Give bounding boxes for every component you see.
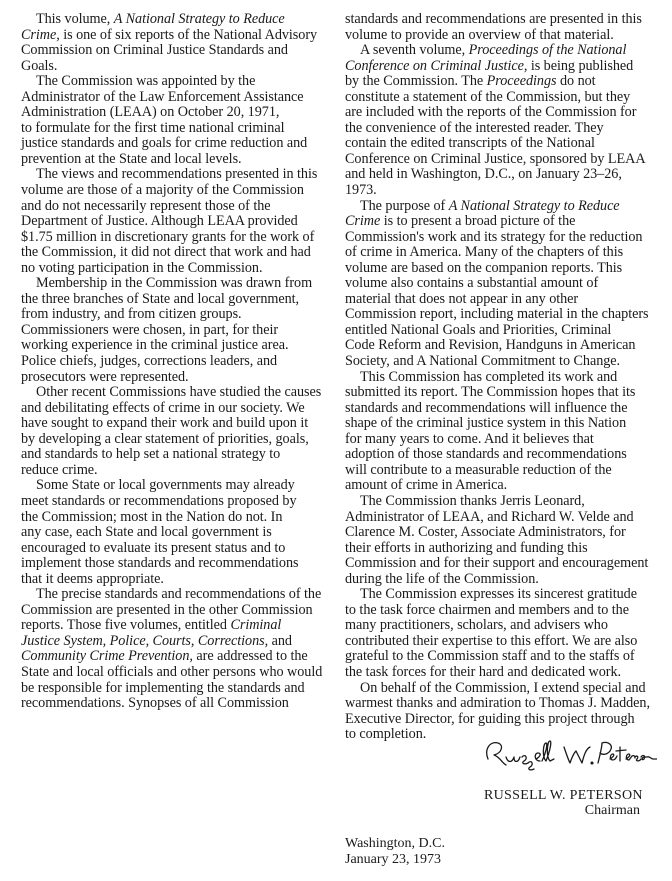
paragraph: The Commission thanks Jerris Leonard, Ad…	[345, 494, 657, 587]
place: Washington, D.C.	[345, 836, 445, 852]
book-title: Community Crime Prevention,	[21, 648, 193, 664]
book-title: A National Strategy to Reduce	[114, 11, 285, 27]
paragraph: This Commission has completed its work a…	[345, 370, 657, 494]
book-title: Crime,	[21, 27, 60, 43]
paragraph-continued: standards and recommendations are presen…	[345, 12, 657, 43]
paragraph: A seventh volume, Proceedings of the Nat…	[345, 43, 657, 198]
book-title: A National Strategy to Reduce	[449, 198, 620, 214]
paragraph: The precise standards and recommendation…	[21, 587, 341, 711]
paragraph: Some State or local governments may alre…	[21, 478, 341, 587]
book-title: Justice System, Police, Courts, Correcti…	[21, 633, 268, 649]
paragraph: On behalf of the Commission, I extend sp…	[345, 681, 657, 743]
paragraph: The Commission expresses its sincerest g…	[345, 587, 657, 680]
paragraph: The Commission was appointed by the Admi…	[21, 74, 341, 167]
book-title: Proceedings of the National	[469, 42, 627, 58]
left-column: This volume, A National Strategy to Redu…	[21, 12, 341, 712]
book-title: Proceedings	[487, 73, 557, 89]
paragraph: Other recent Commissions have studied th…	[21, 385, 341, 478]
book-title: Criminal	[230, 617, 281, 633]
place-and-date: Washington, D.C. January 23, 1973	[345, 836, 445, 867]
paragraph: Membership in the Commission was drawn f…	[21, 276, 341, 385]
right-column: standards and recommendations are presen…	[345, 12, 657, 743]
date: January 23, 1973	[345, 852, 445, 868]
paragraph: The purpose of A National Strategy to Re…	[345, 199, 657, 370]
book-title: Conference on Criminal Justice,	[345, 58, 527, 74]
handwritten-signature	[482, 735, 657, 775]
signatory-title: Chairman	[585, 803, 640, 819]
signatory-name: RUSSELL W. PETERSON	[484, 788, 643, 804]
book-title: Crime	[345, 213, 380, 229]
paragraph: This volume, A National Strategy to Redu…	[21, 12, 341, 74]
paragraph: The views and recommendations presented …	[21, 167, 341, 276]
